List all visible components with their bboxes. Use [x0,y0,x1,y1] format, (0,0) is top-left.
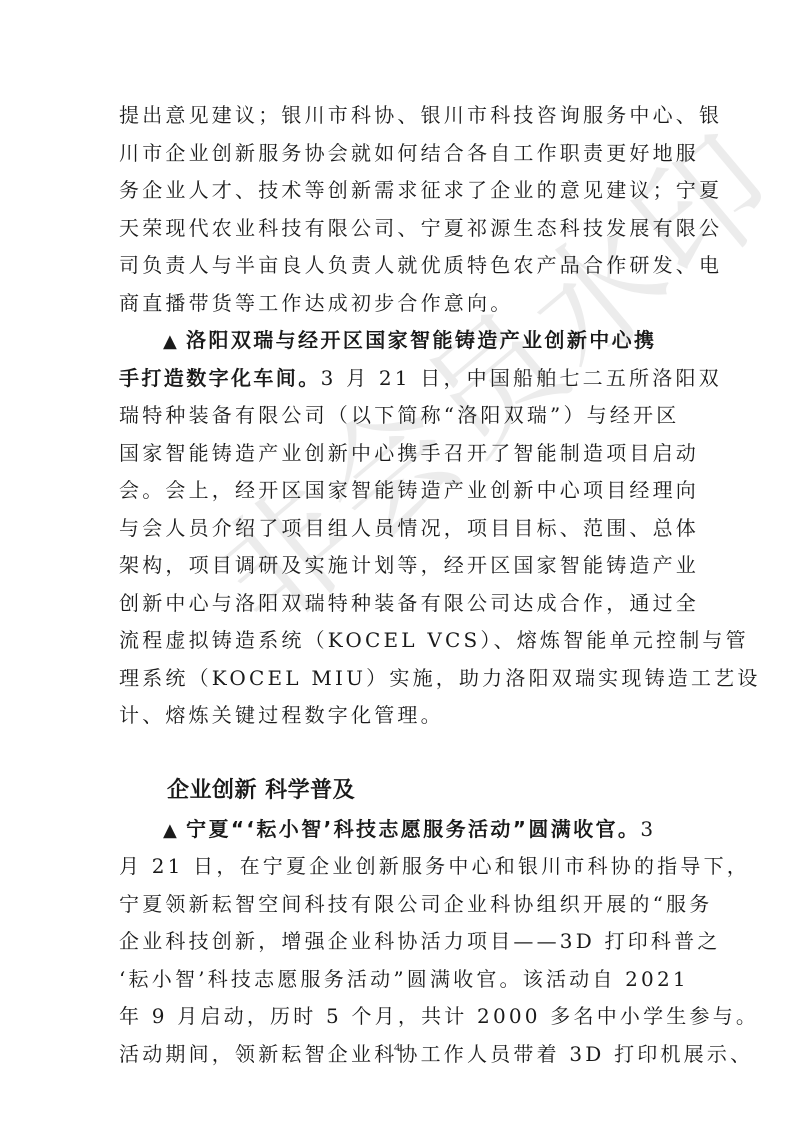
paragraph-continued: 提出意见建议；银川市科协、银川市科技咨询服务中心、银 川市企业创新服务协会就如何… [119,97,679,322]
triangle-bullet-icon: ▲ [163,331,180,352]
text-line: 司负责人与半亩良人负责人就优质特色农产品合作研发、电 [119,247,679,285]
triangle-bullet-icon: ▲ [163,820,180,841]
text-line: 流程虚拟铸造系统（KOCEL VCS）、熔炼智能单元控制与管 [119,622,679,660]
text-line: 年 9 月启动，历时 5 个月，共计 2000 多名中小学生参与。 [119,998,679,1036]
text-line: 理系统（KOCEL MIU）实施，助力洛阳双瑞实现铸造工艺设 [119,660,679,698]
section-heading: 企业创新 科学普及 [119,771,679,811]
text-line: 国家智能铸造产业创新中心携手召开了智能制造项目启动 [119,435,679,473]
text-line: 天荣现代农业科技有限公司、宁夏祁源生态科技发展有限公 [119,210,679,248]
text-line: ‘耘小智’科技志愿服务活动”圆满收官。该活动自 2021 [119,961,679,999]
text-line: 务企业人才、技术等创新需求征求了企业的意见建议；宁夏 [119,172,679,210]
news-item-luoyang-shuangrui: ▲洛阳双瑞与经开区国家智能铸造产业创新中心携 手打造数字化车间。3 月 21 日… [119,322,679,735]
text-line: 川市企业创新服务协会就如何结合各自工作职责更好地服 [119,135,679,173]
document-page: 非会员水印 提出意见建议；银川市科协、银川市科技咨询服务中心、银 川市企业创新服… [0,0,794,1123]
text-line: 会。会上，经开区国家智能铸造产业创新中心项目经理向 [119,472,679,510]
document-body: 提出意见建议；银川市科协、银川市科技咨询服务中心、银 川市企业创新服务协会就如何… [119,97,679,1073]
text-line: 计、熔炼关键过程数字化管理。 [119,697,679,735]
news-item-yunxiaozhi: ▲宁夏“‘耘小智’科技志愿服务活动”圆满收官。3 月 21 日，在宁夏企业创新服… [119,811,679,1074]
page-number: 4 [394,1040,400,1055]
text-line: 宁夏领新耘智空间科技有限公司企业科协组织开展的“服务 [119,886,679,924]
text-line: 企业科技创新，增强企业科协活力项目——3D 打印科普之 [119,923,679,961]
item-title-line: ▲宁夏“‘耘小智’科技志愿服务活动”圆满收官。3 [119,811,679,849]
item-title: 宁夏“‘耘小智’科技志愿服务活动”圆满收官。 [186,817,640,841]
text-line: 瑞特种装备有限公司（以下简称“洛阳双瑞”）与经开区 [119,397,679,435]
text-line: 提出意见建议；银川市科协、银川市科技咨询服务中心、银 [119,97,679,135]
text-line: 与会人员介绍了项目组人员情况，项目目标、范围、总体 [119,510,679,548]
text-line: 月 21 日，在宁夏企业创新服务中心和银川市科协的指导下， [119,848,679,886]
item-title: 洛阳双瑞与经开区国家智能铸造产业创新中心携 [186,328,656,352]
text-line: 架构，项目调研及实施计划等，经开区国家智能铸造产业 [119,547,679,585]
section-spacer [119,735,679,771]
item-title-line: ▲洛阳双瑞与经开区国家智能铸造产业创新中心携 [119,322,679,360]
text-segment: 3 [640,817,656,841]
text-line: 商直播带货等工作达成初步合作意向。 [119,285,679,323]
item-title-continued: 手打造数字化车间。 [119,366,321,390]
text-line: 创新中心与洛阳双瑞特种装备有限公司达成合作，通过全 [119,585,679,623]
text-segment: 3 月 21 日，中国船舶七二五所洛阳双 [321,366,722,390]
item-title-line: 手打造数字化车间。3 月 21 日，中国船舶七二五所洛阳双 [119,360,679,398]
